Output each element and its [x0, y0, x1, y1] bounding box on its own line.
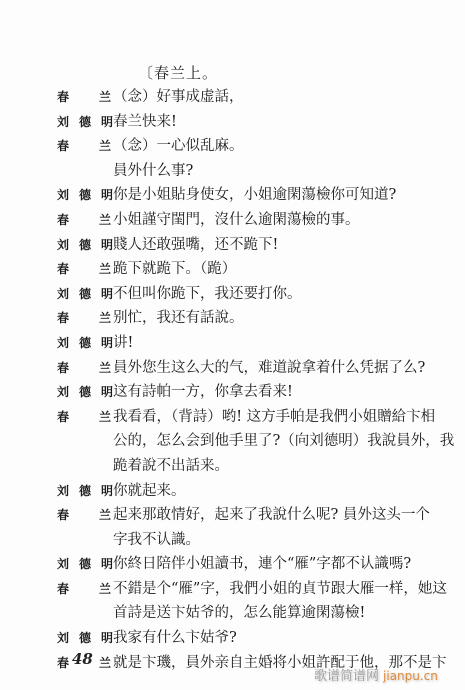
dialogue-entry: 春兰跪下就跪下。（跪）: [57, 257, 422, 282]
speaker-name-liudeming: 刘德明: [57, 233, 113, 258]
dialogue-line: 賤人还敢强嘴，还不跪下!: [113, 233, 422, 258]
dialogue-entry: 刘德明你是小姐貼身使女，小姐逾閑蕩檢你可知道?: [57, 183, 422, 208]
dialogue-text: 我看看，（背詩）哟! 这方手帕是我們小姐贈給卞相公的，怎么会到他手里了?（向刘德…: [113, 405, 454, 479]
dialogue-line: 首詩是送卞姑爷的，怎么能算逾閑蕩檢!: [113, 601, 447, 626]
dialogue-text: 不錯是个“雁”字，我們小姐的貞节跟大雁一样，她这首詩是送卞姑爷的，怎么能算逾閑蕩…: [113, 577, 447, 626]
speaker-name-liudeming: 刘德明: [57, 331, 113, 356]
dialogue-text: 起来那敢情好，起来了我說什么呢? 員外这头一个字我不认識。: [113, 503, 430, 552]
dialogue-text: 你就起来。: [113, 479, 422, 504]
speaker-name-chunlan: 春兰: [57, 306, 113, 331]
speaker-name-liudeming: 刘德明: [57, 380, 113, 405]
dialogue-line: 春兰快来!: [113, 110, 422, 135]
dialogue-text: 小姐謹守閨門，沒什么逾閑蕩檢的事。: [113, 208, 422, 233]
dialogue-line: 我家有什么卞姑爷?: [113, 626, 422, 651]
dialogue-text: 我家有什么卞姑爷?: [113, 626, 422, 651]
dialogue-line: 不錯是个“雁”字，我們小姐的貞节跟大雁一样，她这: [113, 577, 447, 602]
dialogue-line: 讲!: [113, 331, 422, 356]
dialogue-text: 你是小姐貼身使女，小姐逾閑蕩檢你可知道?: [113, 183, 422, 208]
watermark: 歌谱简谱网jianpu.cn: [314, 665, 438, 684]
speaker-name-liudeming: 刘德明: [57, 552, 113, 577]
speaker-name-chunlan: 春兰: [57, 577, 113, 602]
dialogue-line: 小姐謹守閨門，沒什么逾閑蕩檢的事。: [113, 208, 422, 233]
dialogue-entry: 春兰不錯是个“雁”字，我們小姐的貞节跟大雁一样，她这首詩是送卞姑爷的，怎么能算逾…: [57, 577, 422, 626]
watermark-site-name: 歌谱简谱网: [314, 669, 379, 684]
dialogue-entry: 刘德明我家有什么卞姑爷?: [57, 626, 422, 651]
dialogue-entry: 春兰我看看，（背詩）哟! 这方手帕是我們小姐贈給卞相公的，怎么会到他手里了?（向…: [57, 405, 422, 479]
script-page: 〔春兰上。 春兰（念）好事成虚話，刘德明春兰快来!春兰（念）一心似乱麻。員外什么…: [0, 0, 465, 690]
dialogue-line: 你就起来。: [113, 479, 422, 504]
dialogue-text: 員外您生这么大的气，难道說拿着什么凭据了么?: [113, 356, 425, 381]
dialogue-text: 你終日陪伴小姐讀书，連个“雁”字都不认識嗎?: [113, 552, 422, 577]
dialogue-line: 跪下就跪下。（跪）: [113, 257, 422, 282]
dialogue-entry: 刘德明讲!: [57, 331, 422, 356]
dialogue-entry: 春兰（念）一心似乱麻。員外什么事?: [57, 134, 422, 183]
dialogue-entry: 春兰起来那敢情好，起来了我說什么呢? 員外这头一个字我不认識。: [57, 503, 422, 552]
dialogue-text: 賤人还敢强嘴，还不跪下!: [113, 233, 422, 258]
speaker-name-liudeming: 刘德明: [57, 626, 113, 651]
dialogue-entry: 春兰小姐謹守閨門，沒什么逾閑蕩檢的事。: [57, 208, 422, 233]
dialogue-text: 别忙，我还有話說。: [113, 306, 422, 331]
dialogue-line: 員外什么事?: [113, 159, 422, 184]
page-number: 48: [72, 650, 93, 668]
speaker-name-chunlan: 春兰: [57, 208, 113, 233]
dialogue-entry: 刘德明春兰快来!: [57, 110, 422, 135]
dialogue-entry: 刘德明你終日陪伴小姐讀书，連个“雁”字都不认識嗎?: [57, 552, 422, 577]
speaker-name-chunlan: 春兰: [57, 257, 113, 282]
dialogue-text: 不但叫你跪下，我还要打你。: [113, 282, 422, 307]
speaker-name-liudeming: 刘德明: [57, 282, 113, 307]
dialogue-text: 这有詩帕一方，你拿去看来!: [113, 380, 422, 405]
speaker-name-liudeming: 刘德明: [57, 183, 113, 208]
dialogue-line: 不但叫你跪下，我还要打你。: [113, 282, 422, 307]
speaker-name-liudeming: 刘德明: [57, 479, 113, 504]
dialogue-line: 你終日陪伴小姐讀书，連个“雁”字都不认識嗎?: [113, 552, 422, 577]
dialogue-line: 别忙，我还有話說。: [113, 306, 422, 331]
dialogue-entry: 刘德明不但叫你跪下，我还要打你。: [57, 282, 422, 307]
dialogue-line: 你是小姐貼身使女，小姐逾閑蕩檢你可知道?: [113, 183, 422, 208]
dialogue-line: （念）好事成虚話，: [113, 85, 422, 110]
dialogue-line: 公的，怎么会到他手里了?（向刘德明）我說員外，我: [113, 429, 454, 454]
dialogue-line: 字我不认識。: [113, 528, 430, 553]
speaker-name-chunlan: 春兰: [57, 85, 113, 110]
dialogue-line: 跪着說不出話来。: [113, 454, 454, 479]
dialogue-line: （念）一心似乱麻。: [113, 134, 422, 159]
dialogue-entry: 刘德明这有詩帕一方，你拿去看来!: [57, 380, 422, 405]
speaker-name-chunlan: 春兰: [57, 405, 113, 430]
dialogue-entry: 刘德明你就起来。: [57, 479, 422, 504]
dialogue-block: 春兰（念）好事成虚話，刘德明春兰快来!春兰（念）一心似乱麻。員外什么事?刘德明你…: [57, 85, 422, 675]
dialogue-entry: 春兰（念）好事成虚話，: [57, 85, 422, 110]
dialogue-line: 起来那敢情好，起来了我說什么呢? 員外这头一个: [113, 503, 430, 528]
dialogue-text: 讲!: [113, 331, 422, 356]
dialogue-entry: 春兰别忙，我还有話說。: [57, 306, 422, 331]
dialogue-text: （念）一心似乱麻。員外什么事?: [113, 134, 422, 183]
dialogue-text: （念）好事成虚話，: [113, 85, 422, 110]
dialogue-line: 員外您生这么大的气，难道說拿着什么凭据了么?: [113, 356, 425, 381]
speaker-name-liudeming: 刘德明: [57, 110, 113, 135]
dialogue-line: 我看看，（背詩）哟! 这方手帕是我們小姐贈給卞相: [113, 405, 454, 430]
speaker-name-chunlan: 春兰: [57, 134, 113, 159]
dialogue-text: 跪下就跪下。（跪）: [113, 257, 422, 282]
dialogue-line: 这有詩帕一方，你拿去看来!: [113, 380, 422, 405]
dialogue-entry: 刘德明賤人还敢强嘴，还不跪下!: [57, 233, 422, 258]
watermark-url: jianpu.cn: [383, 669, 438, 683]
dialogue-entry: 春兰員外您生这么大的气，难道說拿着什么凭据了么?: [57, 356, 422, 381]
speaker-name-chunlan: 春兰: [57, 356, 113, 381]
dialogue-text: 春兰快来!: [113, 110, 422, 135]
stage-direction: 〔春兰上。: [138, 62, 218, 83]
speaker-name-chunlan: 春兰: [57, 503, 113, 528]
